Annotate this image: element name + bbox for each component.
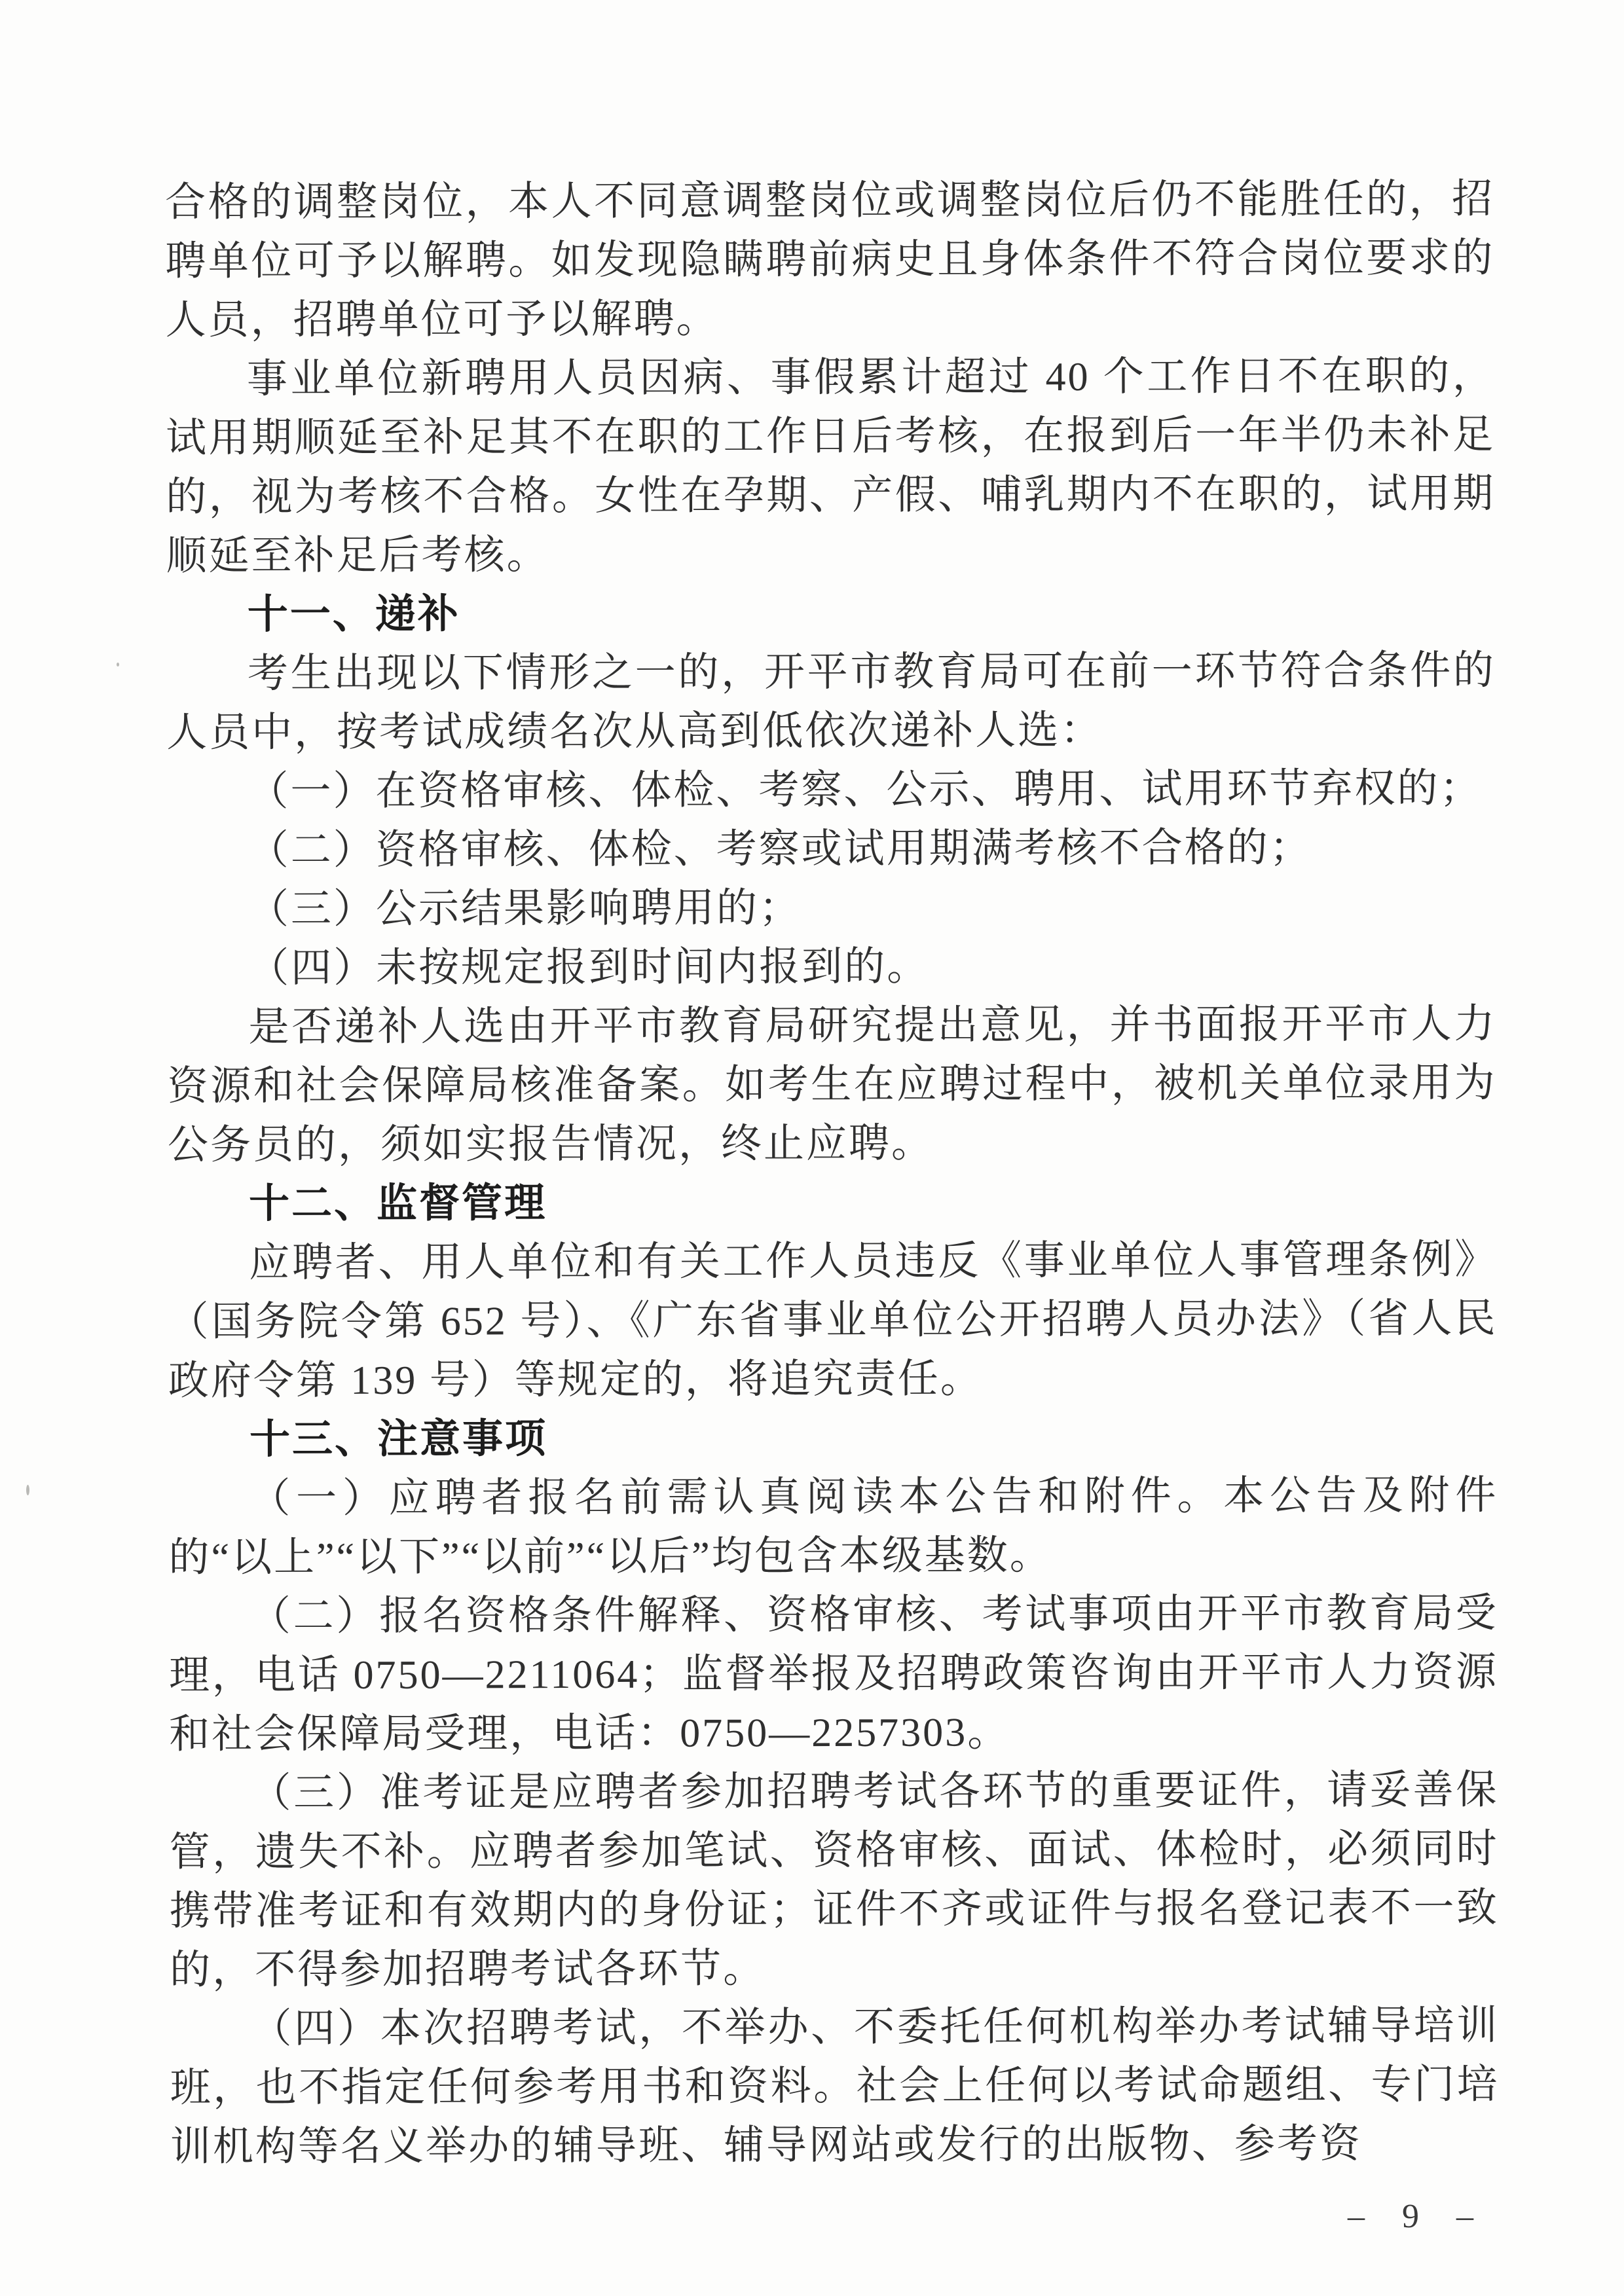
page-number: – 9 – <box>1348 2197 1488 2236</box>
paragraph: 事业单位新聘用人员因病、事假累计超过 40 个工作日不在职的，试用期顺延至补足其… <box>166 346 1496 585</box>
paragraph: 合格的调整岗位，本人不同意调整岗位或调整岗位后仍不能胜任的，招聘单位可予以解聘。… <box>165 170 1495 350</box>
paragraph: （三）准考证是应聘者参加招聘考试各环节的重要证件，请妥善保管，遗失不补。应聘者参… <box>169 1760 1499 1999</box>
document-body: 合格的调整岗位，本人不同意调整岗位或调整岗位后仍不能胜任的，招聘单位可予以解聘。… <box>165 170 1500 2176</box>
scan-speck <box>26 1485 29 1495</box>
paragraph: （四）未按规定报到时间内报到的。 <box>167 936 1496 998</box>
section-heading: 十一、递补 <box>166 582 1496 644</box>
paragraph: （四）本次招聘考试，不举办、不委托任何机构举办考试辅导培训班，也不指定任何参考用… <box>170 1996 1500 2176</box>
document-page: 合格的调整岗位，本人不同意调整岗位或调整岗位后仍不能胜任的，招聘单位可予以解聘。… <box>0 0 1624 2296</box>
paragraph: （一）在资格审核、体检、考察、公示、聘用、试用环节弃权的； <box>166 759 1496 821</box>
paragraph: 考生出现以下情形之一的，开平市教育局可在前一环节符合条件的人员中，按考试成绩名次… <box>166 641 1496 762</box>
section-heading: 十三、注意事项 <box>168 1407 1498 1469</box>
paragraph: （二）报名资格条件解释、资格审核、考试事项由开平市教育局受理，电话 0750—2… <box>169 1584 1499 1764</box>
paragraph: 应聘者、用人单位和有关工作人员违反《事业单位人事管理条例》（国务院令第 652 … <box>168 1230 1498 1410</box>
paragraph: （三）公示结果影响聘用的； <box>167 877 1496 939</box>
section-heading: 十二、监督管理 <box>168 1171 1497 1233</box>
scan-speck <box>117 663 119 666</box>
paragraph: （一）应聘者报名前需认真阅读本公告和附件。本公告及附件的“以上”“以下”“以前”… <box>168 1466 1498 1587</box>
paragraph: 是否递补人选由开平市教育局研究提出意见，并书面报开平市人力资源和社会保障局核准备… <box>167 994 1497 1175</box>
paragraph: （二）资格审核、体检、考察或试用期满考核不合格的； <box>167 818 1496 880</box>
